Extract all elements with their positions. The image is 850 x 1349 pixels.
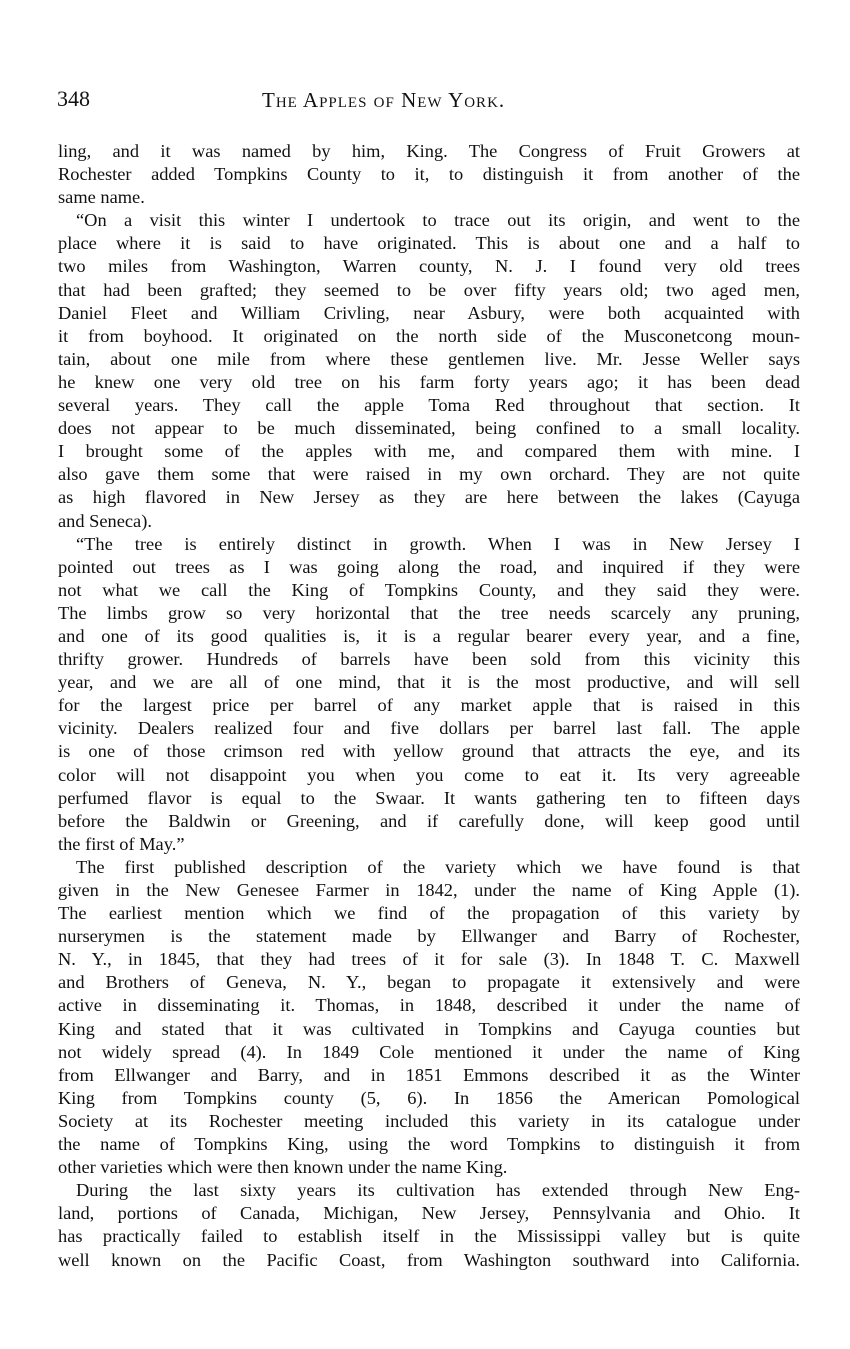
paragraph-4: The first published description of the v…: [58, 856, 800, 1179]
text-line: the name of Tompkins King, using the wor…: [58, 1133, 800, 1156]
paragraph-2: “On a visit this winter I undertook to t…: [58, 209, 800, 532]
text-line: The limbs grow so very horizontal that t…: [58, 602, 800, 625]
text-line: “On a visit this winter I undertook to t…: [58, 209, 800, 232]
text-line: and one of its good qualities is, it is …: [58, 625, 800, 648]
text-line: not what we call the King of Tompkins Co…: [58, 579, 800, 602]
text-line: the first of May.”: [58, 833, 800, 856]
text-line: vicinity. Dealers realized four and five…: [58, 717, 800, 740]
text-line: year, and we are all of one mind, that i…: [58, 671, 800, 694]
text-line: for the largest price per barrel of any …: [58, 694, 800, 717]
body-text: ling, and it was named by him, King. The…: [58, 140, 800, 1272]
text-line: Rochester added Tompkins County to it, t…: [58, 163, 800, 186]
page-number: 348: [57, 86, 90, 112]
text-line: perfumed flavor is equal to the Swaar. I…: [58, 787, 800, 810]
text-line: also gave them some that were raised in …: [58, 463, 800, 486]
text-line: that had been grafted; they seemed to be…: [58, 279, 800, 302]
text-line: same name.: [58, 186, 800, 209]
paragraph-3: “The tree is entirely distinct in growth…: [58, 533, 800, 856]
text-line: he knew one very old tree on his farm fo…: [58, 371, 800, 394]
text-line: thrifty grower. Hundreds of barrels have…: [58, 648, 800, 671]
text-line: active in disseminating it. Thomas, in 1…: [58, 994, 800, 1017]
text-line: other varieties which were then known un…: [58, 1156, 800, 1179]
text-line: land, portions of Canada, Michigan, New …: [58, 1202, 800, 1225]
text-line: pointed out trees as I was going along t…: [58, 556, 800, 579]
text-line: from Ellwanger and Barry, and in 1851 Em…: [58, 1064, 800, 1087]
text-line: place where it is said to have originate…: [58, 232, 800, 255]
text-line: not widely spread (4). In 1849 Cole ment…: [58, 1041, 800, 1064]
text-line: and Seneca).: [58, 510, 800, 533]
running-title: The Apples of New York.: [262, 88, 505, 113]
text-line: Society at its Rochester meeting include…: [58, 1110, 800, 1133]
text-line: “The tree is entirely distinct in growth…: [58, 533, 800, 556]
text-line: The first published description of the v…: [58, 856, 800, 879]
text-line: nurserymen is the statement made by Ellw…: [58, 925, 800, 948]
text-line: and Brothers of Geneva, N. Y., began to …: [58, 971, 800, 994]
paragraph-1: ling, and it was named by him, King. The…: [58, 140, 800, 209]
text-line: given in the New Genesee Farmer in 1842,…: [58, 879, 800, 902]
text-line: During the last sixty years its cultivat…: [58, 1179, 800, 1202]
text-line: N. Y., in 1845, that they had trees of i…: [58, 948, 800, 971]
text-line: as high flavored in New Jersey as they a…: [58, 486, 800, 509]
text-line: tain, about one mile from where these ge…: [58, 348, 800, 371]
text-line: is one of those crimson red with yellow …: [58, 740, 800, 763]
text-line: King from Tompkins county (5, 6). In 185…: [58, 1087, 800, 1110]
text-line: color will not disappoint you when you c…: [58, 764, 800, 787]
text-line: before the Baldwin or Greening, and if c…: [58, 810, 800, 833]
text-line: does not appear to be much disseminated,…: [58, 417, 800, 440]
text-line: I brought some of the apples with me, an…: [58, 440, 800, 463]
text-line: The earliest mention which we find of th…: [58, 902, 800, 925]
text-line: well known on the Pacific Coast, from Wa…: [58, 1249, 800, 1272]
text-line: several years. They call the apple Toma …: [58, 394, 800, 417]
paragraph-5: During the last sixty years its cultivat…: [58, 1179, 800, 1271]
text-line: has practically failed to establish itse…: [58, 1225, 800, 1248]
text-line: Daniel Fleet and William Crivling, near …: [58, 302, 800, 325]
text-line: King and stated that it was cultivated i…: [58, 1018, 800, 1041]
text-line: two miles from Washington, Warren county…: [58, 255, 800, 278]
text-line: it from boyhood. It originated on the no…: [58, 325, 800, 348]
text-line: ling, and it was named by him, King. The…: [58, 140, 800, 163]
